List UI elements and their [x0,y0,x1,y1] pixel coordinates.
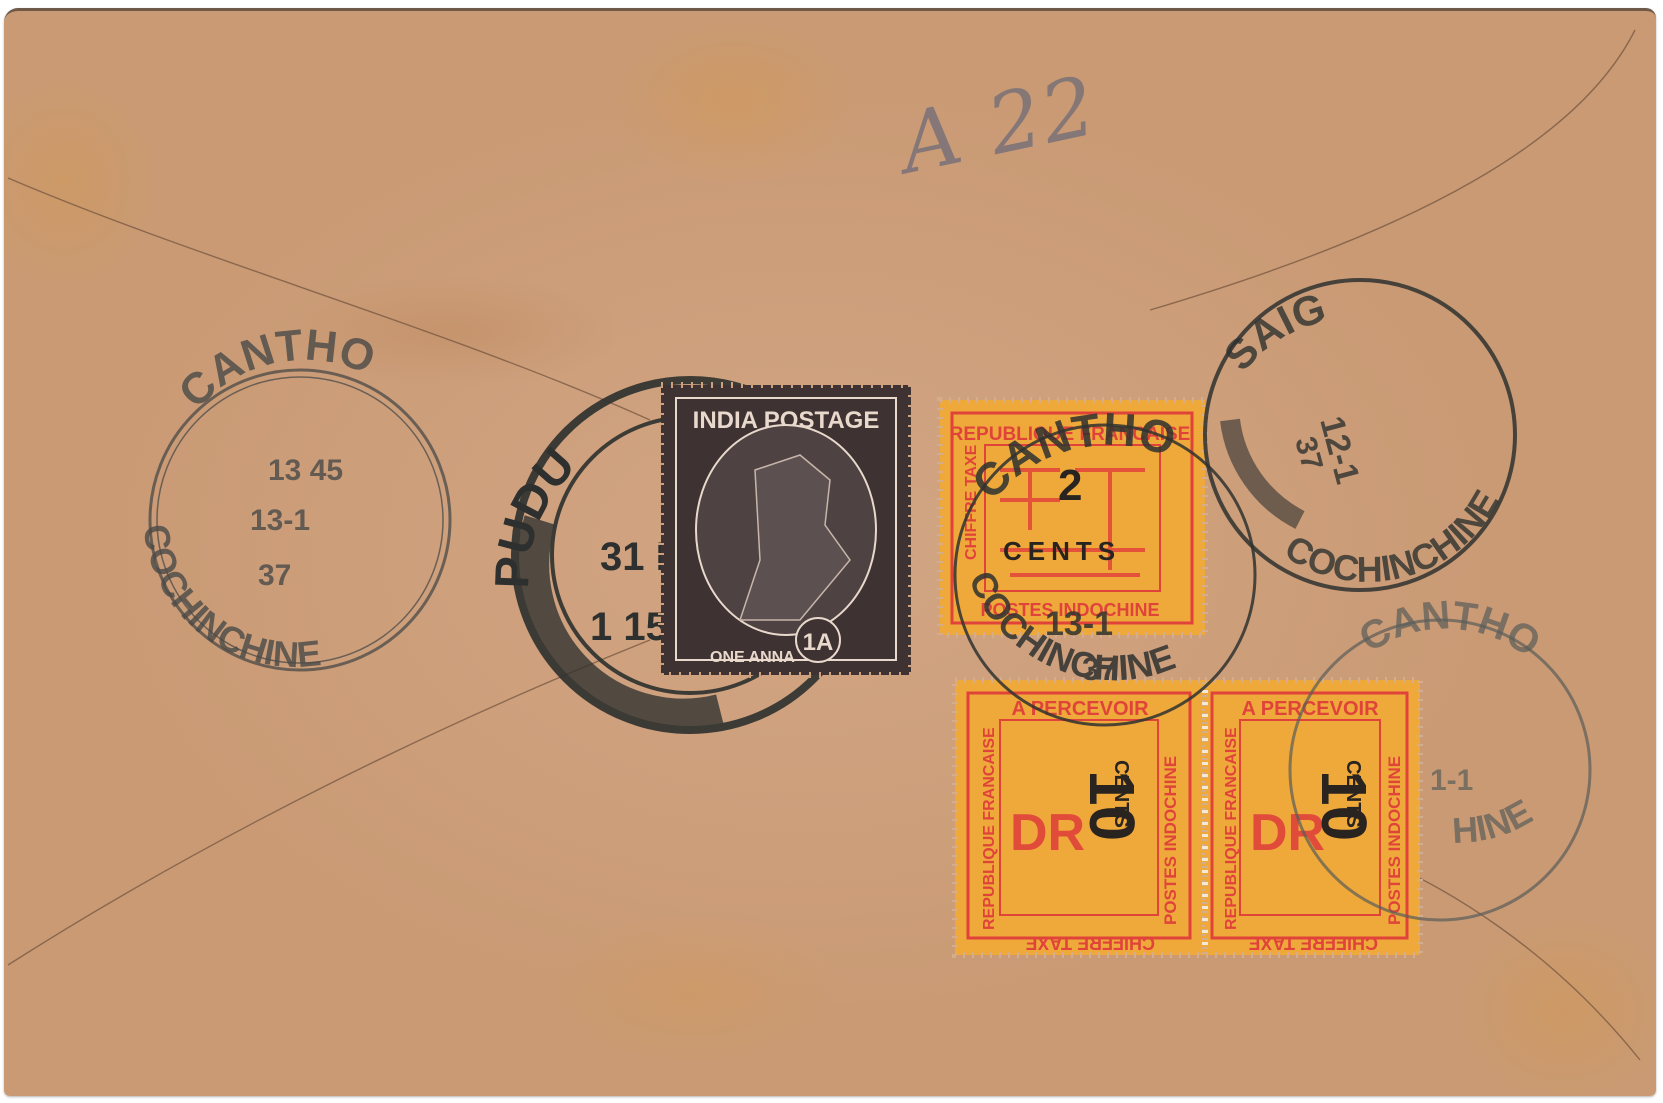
due-10c-a-top-text: A PERCEVOIR [1011,698,1149,720]
svg-text:DR: DR [1010,804,1085,862]
due-10c-b-right-text: POSTES INDOCHINE [1385,756,1404,925]
postmark-cantho-right-town: CANTHO [1352,593,1548,665]
india-stamp-denomination: 1A [803,629,834,656]
stamp-indochine-due-10-cents-left: A PERCEVOIR REPUBLIQUE FRANCAISE POSTES … [955,680,1205,955]
postmark-saigon-year: 37 [1288,433,1329,474]
due-10c-a-left-text: REPUBLIQUE FRANCAISE [981,727,998,930]
postmark-cantho-left-time: 13 45 [268,454,343,487]
due-10c-a-right-text: POSTES INDOCHINE [1161,756,1180,925]
due-10c-b-overprint-unit: CENTS [1342,760,1364,828]
due-10c-b-left-text: REPUBLIQUE FRANCAISE [1223,727,1240,930]
due-2c-overprint-unit: CENTS [1003,536,1121,566]
stamp-india-one-anna: INDIA POSTAGE 1A ONE ANNA [661,385,911,675]
postmark-cantho-left-region: COCHINCHINE [135,521,323,675]
due-10c-b-top-text: A PERCEVOIR [1241,698,1379,720]
due-10c-a-bottom-text: CHIFFRE TAXE [1025,933,1155,953]
postmark-saigon-region: COCHINCHINE [1278,483,1506,590]
due-2c-overprint-value: 2 [1058,461,1082,510]
stamp-indochine-due-10-cents-right: A PERCEVOIR REPUBLIQUE FRANCAISE POSTES … [1205,680,1420,955]
postmark-cantho-left-year: 37 [258,559,291,592]
postmark-cantho-left-town: CANTHO [169,320,381,417]
india-stamp-value: ONE ANNA [710,649,795,666]
postmark-cantho-center-date: 13-1 [1045,605,1113,643]
envelope-artwork: CANTHO COCHINCHINE 13 45 13-1 37 PUDU 31… [0,0,1663,1103]
postmark-cantho-right-date: 1-1 [1430,764,1473,797]
postmark-cantho-right-region: HINE [1451,791,1539,851]
postmark-saigon-town: SAIG [1215,283,1331,379]
postmark-cantho-center-year: 37 [1082,651,1118,687]
due-10c-b-bottom-text: CHIFFRE TAXE [1248,933,1378,953]
postmark-pudu-town: PUDU [486,439,586,590]
postmark-cantho-left-date: 13-1 [250,504,310,537]
due-10c-a-overprint-unit: CENTS [1110,760,1132,828]
